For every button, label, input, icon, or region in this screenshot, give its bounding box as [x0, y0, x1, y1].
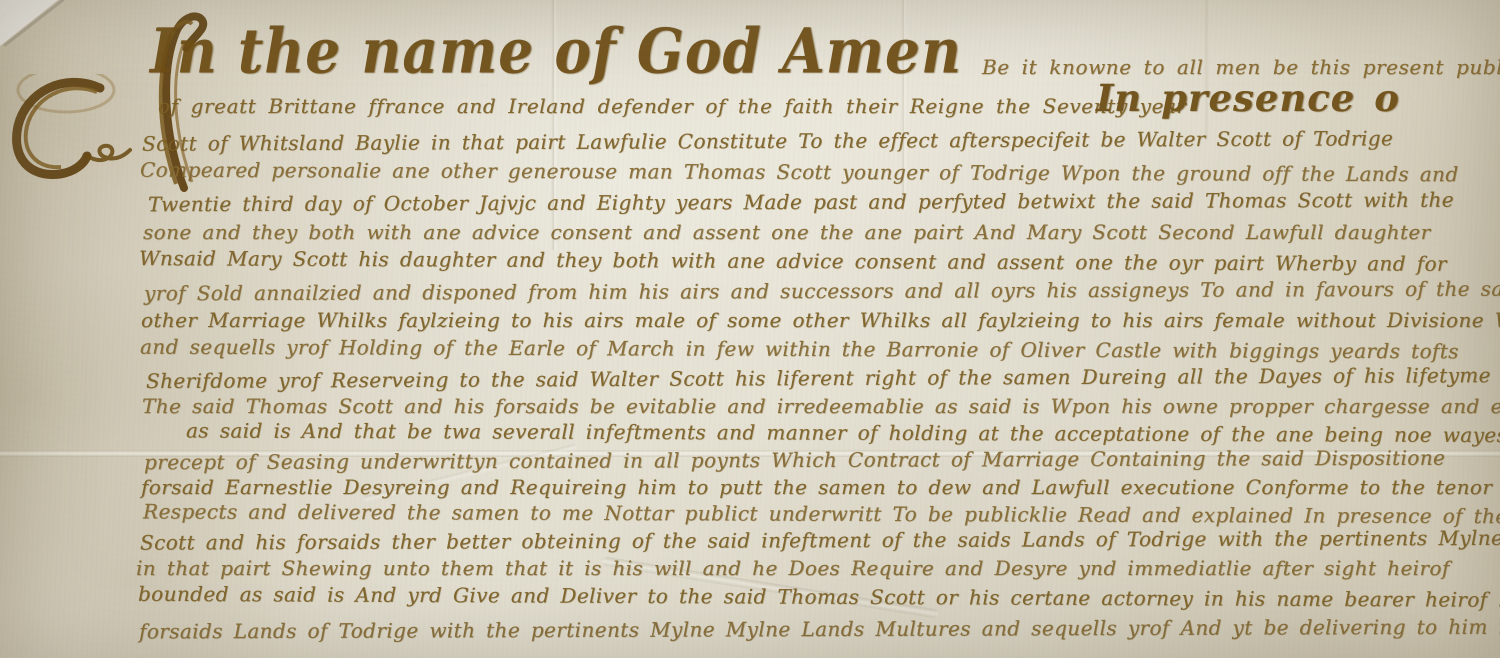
photo-edge-vignette	[0, 0, 1500, 658]
manuscript-photo: In the name of God Amen Be it knowne to …	[0, 0, 1500, 658]
